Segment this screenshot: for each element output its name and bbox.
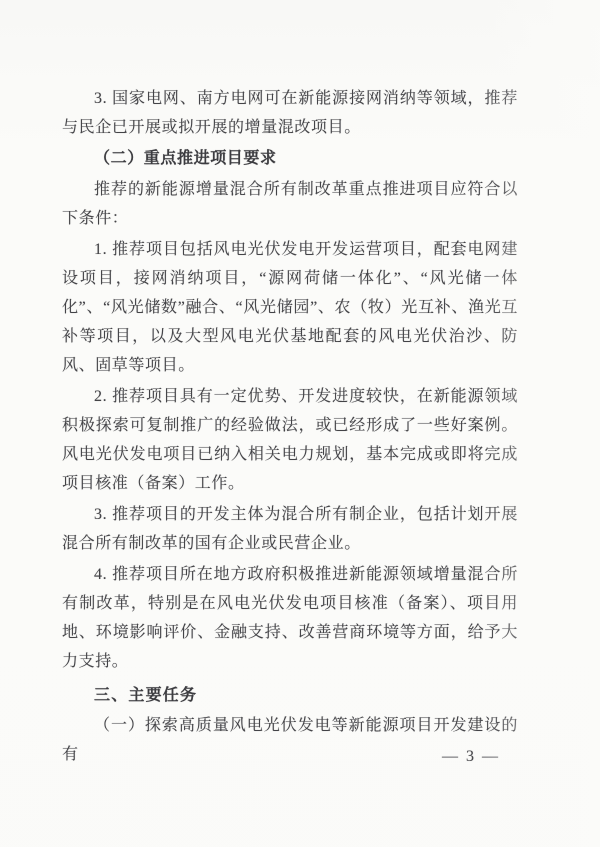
paragraph-conditions-intro: 推荐的新能源增量混合所有制改革重点推进项目应符合以下条件：	[62, 175, 518, 233]
document-body: 3. 国家电网、南方电网可在新能源接网消纳等领域，推荐与民企已开展或拟开展的增量…	[62, 84, 518, 771]
paragraph-condition-3: 3. 推荐项目的开发主体为混合所有制企业，包括计划开展混合所有制改革的国有企业或…	[62, 500, 518, 558]
sub-section-heading-key-project-requirements: （二）重点推进项目要求	[62, 144, 518, 173]
paragraph-condition-4: 4. 推荐项目所在地方政府积极推进新能源领域增量混合所有制改革，特别是在风电光伏…	[62, 560, 518, 676]
section-heading-main-tasks: 三、主要任务	[62, 681, 518, 710]
paragraph-grid-companies: 3. 国家电网、南方电网可在新能源接网消纳等领域，推荐与民企已开展或拟开展的增量…	[62, 84, 518, 142]
paragraph-condition-2: 2. 推荐项目具有一定优势、开发进度较快，在新能源领域积极探索可复制推广的经验做…	[62, 382, 518, 498]
document-page: 3. 国家电网、南方电网可在新能源接网消纳等领域，推荐与民企已开展或拟开展的增量…	[0, 0, 600, 847]
paragraph-condition-1: 1. 推荐项目包括风电光伏发电开发运营项目，配套电网建设项目，接网消纳项目，“源…	[62, 235, 518, 380]
page-number: — 3 —	[442, 748, 500, 766]
